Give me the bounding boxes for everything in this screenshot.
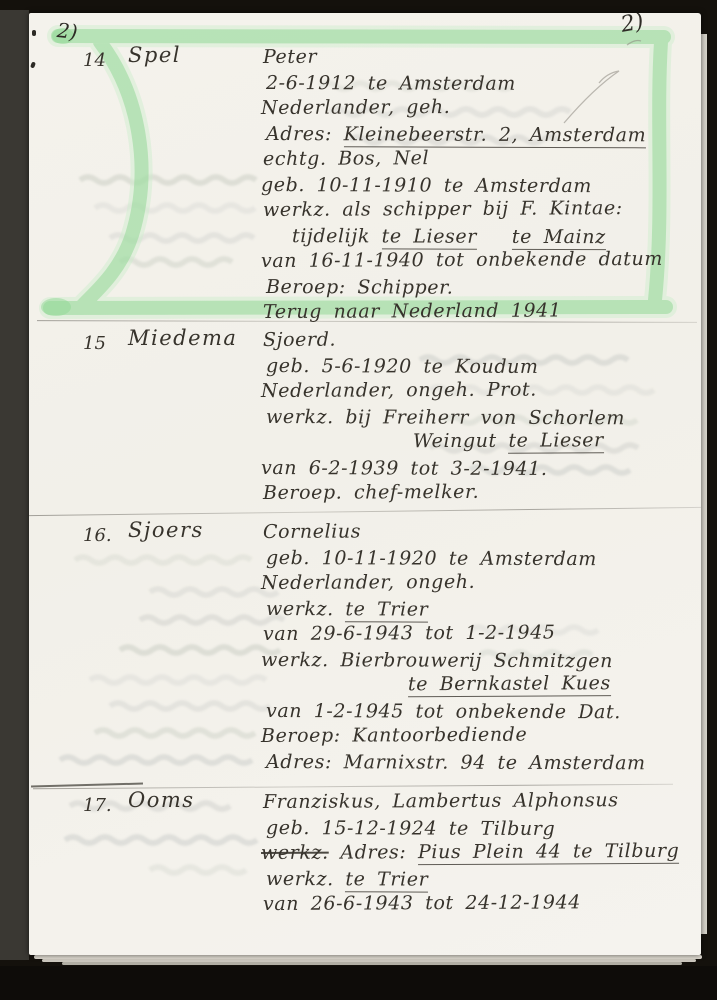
entry-details: Peter2-6-1912 te AmsterdamNederlander, g…	[263, 39, 701, 326]
entry-line: Franziskus, Lambertus Alphonsus	[263, 788, 701, 816]
page-stack-edge-right	[701, 34, 707, 934]
entry-surname: Miedema	[128, 326, 237, 350]
entry-details: Corneliusgeb. 10-11-1920 te AmsterdamNed…	[263, 514, 701, 775]
entry-details: Sjoerd.geb. 5-6-1920 te KoudumNederlande…	[263, 322, 701, 507]
entry-line: Weingut te Lieser	[263, 428, 701, 456]
entry-line: werkz. Adres: Pius Plein 44 te Tilburg	[261, 839, 701, 867]
entry-surname: Sjoers	[128, 518, 204, 542]
entry-line: Nederlander, geh.	[261, 94, 701, 122]
entry-line: van 29-6-1943 tot 1-2-1945	[263, 620, 701, 648]
entry-line: van 26-6-1943 tot 24-12-1944	[263, 890, 701, 918]
entry-line: Beroep. chef-melker.	[263, 479, 701, 507]
entry-line: te Bernkastel Kues	[263, 671, 701, 699]
entry-number: 17.	[83, 795, 112, 816]
entry-number: 16.	[83, 525, 112, 546]
page-number-note-right: 2)	[619, 13, 646, 38]
scanner-background-left	[0, 10, 29, 960]
ink-mark	[32, 30, 36, 36]
scanned-register-page: { "page": { "corner_note_left": "2)", "c…	[0, 0, 717, 1000]
entry-line: Nederlander, ongeh.	[261, 569, 701, 597]
entry-number: 14	[83, 50, 106, 71]
entry-line: Peter	[263, 43, 701, 71]
page-stack-edge	[62, 962, 682, 965]
page-number-note-left: 2)	[56, 18, 79, 44]
entry-line: Sjoerd.	[263, 326, 701, 354]
entry-surname: Ooms	[128, 788, 195, 812]
entry-number: 15	[83, 333, 106, 354]
scanner-background-bottom	[0, 966, 717, 1000]
entry-line: werkz. als schipper bij F. Kintae:	[263, 196, 701, 224]
entry-line: van 16-11-1940 tot onbekende datum	[261, 247, 701, 275]
entry-details: Franziskus, Lambertus Alphonsusgeb. 15-1…	[263, 784, 701, 918]
entry-line: Adres: Marnixstr. 94 te Amsterdam	[266, 750, 701, 777]
document-page: 2) 2) 14SpelPeter2-6-1912 te AmsterdamNe…	[29, 13, 701, 955]
entry-line: Nederlander, ongeh. Prot.	[261, 377, 701, 405]
entry-line: echtg. Bos, Nel	[263, 145, 701, 173]
entry-surname: Spel	[128, 43, 181, 67]
entry-line: Beroep: Kantoorbediende	[261, 722, 701, 750]
entry-line: Cornelius	[263, 518, 701, 546]
